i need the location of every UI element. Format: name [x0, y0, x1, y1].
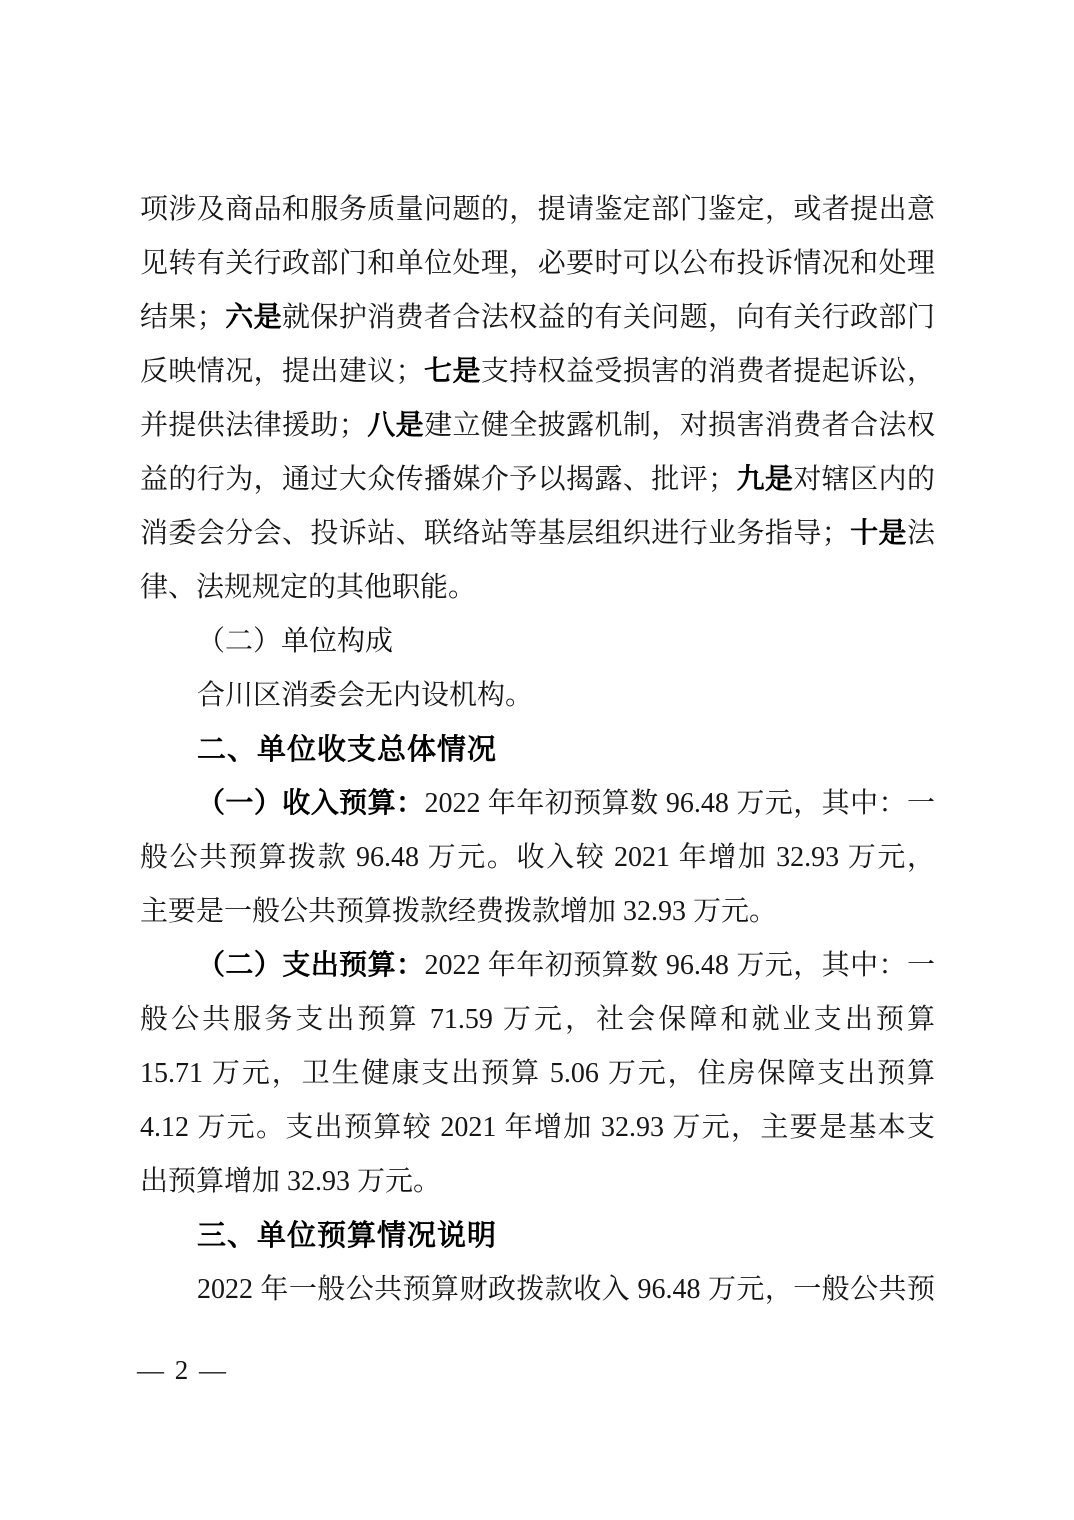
text-run: 建立健全披露机制，对损害消费者合法权	[424, 410, 935, 441]
text-run: 见转有关行政部门和单位处理，必要时可以公布投诉情况和处理	[140, 248, 935, 279]
text-run: 2022 年年初预算数 96.48 万元，其中：一	[424, 950, 935, 981]
text-line: 消委会分会、投诉站、联络站等基层组织进行业务指导；十是法	[140, 507, 935, 561]
text-run: 般公共预算拨款 96.48 万元。收入较 2021 年增加 32.93 万元，	[140, 842, 935, 873]
text-run: 结果；	[140, 302, 225, 333]
paragraph-lead-expenditure-budget: （二）支出预算：	[197, 950, 424, 981]
heading-text: 三、单位预算情况说明	[197, 1220, 497, 1252]
document-page: 项涉及商品和服务质量问题的，提请鉴定部门鉴定，或者提出意 见转有关行政部门和单位…	[0, 0, 1074, 1520]
bold-term: 七是	[424, 356, 481, 387]
text-run: 4.12 万元。支出预算较 2021 年增加 32.93 万元，主要是基本支	[140, 1112, 935, 1143]
text-run: （二）单位构成	[197, 626, 393, 657]
text-line: 般公共服务支出预算 71.59 万元，社会保障和就业支出预算	[140, 993, 935, 1047]
text-run: 般公共服务支出预算 71.59 万元，社会保障和就业支出预算	[140, 1004, 935, 1035]
text-run: 15.71 万元，卫生健康支出预算 5.06 万元，住房保障支出预算	[140, 1058, 935, 1089]
text-run: 反映情况，提出建议；	[140, 356, 424, 387]
document-body: 项涉及商品和服务质量问题的，提请鉴定部门鉴定，或者提出意 见转有关行政部门和单位…	[140, 183, 935, 1317]
text-run: 合川区消委会无内设机构。	[197, 680, 533, 711]
text-run: 支持权益受损害的消费者提起诉讼，	[481, 356, 935, 387]
text-run: 益的行为，通过大众传播媒介予以揭露、批评；	[140, 464, 736, 495]
text-run: 并提供法律援助；	[140, 410, 367, 441]
text-run: 2022 年一般公共预算财政拨款收入 96.48 万元，一般公共预	[197, 1274, 935, 1305]
text-line: 项涉及商品和服务质量问题的，提请鉴定部门鉴定，或者提出意	[140, 183, 935, 237]
section-heading-3: 三、单位预算情况说明	[140, 1209, 935, 1263]
text-line: 反映情况，提出建议；七是支持权益受损害的消费者提起诉讼，	[140, 345, 935, 399]
bold-term: 八是	[367, 410, 424, 441]
text-line: 合川区消委会无内设机构。	[140, 669, 935, 723]
text-run: 2022 年年初预算数 96.48 万元，其中：一	[424, 788, 935, 819]
subsection-heading-unit-composition: （二）单位构成	[140, 615, 935, 669]
page-number: — 2 —	[137, 1350, 228, 1390]
text-run: 对辖区内的	[793, 464, 935, 495]
text-run: 消委会分会、投诉站、联络站等基层组织进行业务指导；	[140, 518, 850, 549]
text-run: 法	[907, 518, 935, 549]
text-line: 15.71 万元，卫生健康支出预算 5.06 万元，住房保障支出预算	[140, 1047, 935, 1101]
text-line: 并提供法律援助；八是建立健全披露机制，对损害消费者合法权	[140, 399, 935, 453]
text-line: 益的行为，通过大众传播媒介予以揭露、批评；九是对辖区内的	[140, 453, 935, 507]
text-line: （二）支出预算：2022 年年初预算数 96.48 万元，其中：一	[140, 939, 935, 993]
text-line: 律、法规规定的其他职能。	[140, 561, 935, 615]
text-line: 般公共预算拨款 96.48 万元。收入较 2021 年增加 32.93 万元，	[140, 831, 935, 885]
text-run: 律、法规规定的其他职能。	[140, 572, 476, 603]
text-line: 见转有关行政部门和单位处理，必要时可以公布投诉情况和处理	[140, 237, 935, 291]
text-line: 出预算增加 32.93 万元。	[140, 1155, 935, 1209]
text-line: 2022 年一般公共预算财政拨款收入 96.48 万元，一般公共预	[140, 1263, 935, 1317]
heading-text: 二、单位收支总体情况	[197, 734, 497, 766]
text-line: （一）收入预算：2022 年年初预算数 96.48 万元，其中：一	[140, 777, 935, 831]
section-heading-2: 二、单位收支总体情况	[140, 723, 935, 777]
text-run: 出预算增加 32.93 万元。	[140, 1166, 441, 1197]
text-run: 项涉及商品和服务质量问题的，提请鉴定部门鉴定，或者提出意	[140, 194, 935, 225]
text-line: 主要是一般公共预算拨款经费拨款增加 32.93 万元。	[140, 885, 935, 939]
text-run: 就保护消费者合法权益的有关问题，向有关行政部门	[282, 302, 935, 333]
text-run: 主要是一般公共预算拨款经费拨款增加 32.93 万元。	[140, 896, 777, 927]
text-line: 4.12 万元。支出预算较 2021 年增加 32.93 万元，主要是基本支	[140, 1101, 935, 1155]
bold-term: 九是	[736, 464, 793, 495]
bold-term: 十是	[850, 518, 907, 549]
paragraph-lead-income-budget: （一）收入预算：	[197, 788, 424, 819]
bold-term: 六是	[225, 302, 282, 333]
text-line: 结果；六是就保护消费者合法权益的有关问题，向有关行政部门	[140, 291, 935, 345]
